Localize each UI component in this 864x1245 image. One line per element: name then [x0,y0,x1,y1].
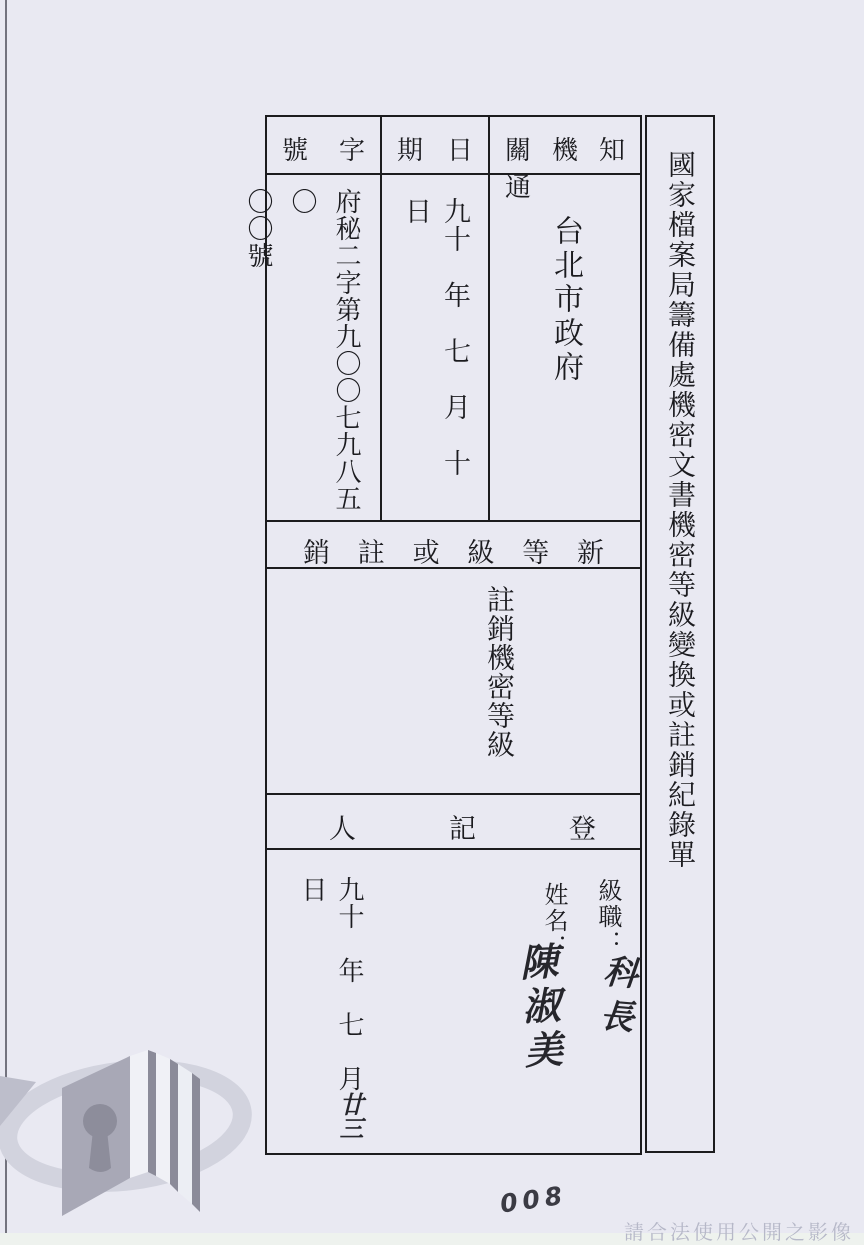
new-level-value: 註銷機密等級 [479,585,519,759]
rank-label: 級職： [591,878,626,956]
registrar-cell: 級職： 科長 姓名： 陳淑美 九十 年 七 月廿三日 [267,850,640,1153]
archives-book-keyhole-logo-icon [0,1026,255,1245]
agency-cell: 台北市政府 [490,175,640,520]
registrar-value-row: 級職： 科長 姓名： 陳淑美 九十 年 七 月廿三日 [267,850,640,1153]
registration-date-suffix: 日 [297,876,327,903]
registrar-header: 人 記 登 [267,795,640,848]
registrar-header-row: 人 記 登 [267,795,640,850]
header-row: 號 字 期 日 關 機 知 通 [267,117,640,175]
registration-date-prefix: 九十 年 七 月 [334,876,364,1092]
form-title-column: 國家檔案局籌備處機密文書機密等級變換或註銷紀錄單 [645,115,715,1153]
scanned-document-page: { "page": { "paper_color": "#e9e9f2", "l… [0,0,864,1245]
form-table: 號 字 期 日 關 機 知 通 府秘二字第九〇〇七九八五〇 〇〇號 九十 年 七… [265,115,642,1155]
new-level-header: 銷 註 或 級 等 新 [267,522,640,567]
handwritten-page-number: 008 [498,1180,569,1218]
name-signature: 陳淑美 [508,941,570,1076]
copyright-watermark: 請合法使用公開之影像 [624,1216,854,1245]
values-row: 府秘二字第九〇〇七九八五〇 〇〇號 九十 年 七 月 十 日 台北市政府 [267,175,640,522]
agency-value: 台北市政府 [543,215,587,385]
ref-number-value: 府秘二字第九〇〇七九八五〇 〇〇號 [236,188,368,520]
new-level-cell: 註銷機密等級 [267,569,640,793]
ref-number-line1: 府秘二字第九〇〇七九八五〇 [287,188,361,512]
date-value: 九十 年 七 月 十 日 [396,197,474,520]
ref-number-cell: 府秘二字第九〇〇七九八五〇 〇〇號 [267,175,382,520]
ref-number-header: 號 字 [267,117,382,173]
rank-handwritten-value: 科長 [587,952,643,1044]
ref-number-line2: 〇〇號 [243,188,273,269]
new-level-value-row: 註銷機密等級 [267,569,640,795]
new-level-header-row: 銷 註 或 級 等 新 [267,522,640,569]
date-cell: 九十 年 七 月 十 日 [382,175,490,520]
registration-date: 九十 年 七 月廿三日 [294,876,368,1153]
form-title: 國家檔案局籌備處機密文書機密等級變換或註銷紀錄單 [660,150,700,870]
agency-header: 關 機 知 通 [490,117,640,173]
date-header: 期 日 [382,117,490,173]
registration-day-handwritten: 廿三 [332,1092,367,1140]
